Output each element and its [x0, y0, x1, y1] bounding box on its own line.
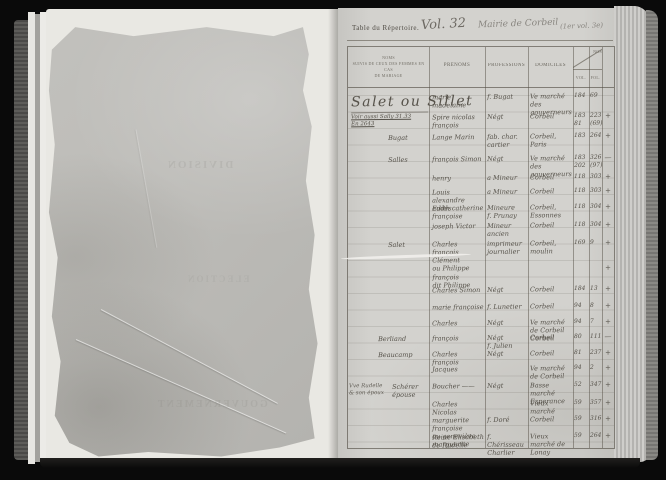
ink-bleedthrough-text: DIVISION — [166, 159, 233, 171]
book-bottom-shadow — [40, 458, 640, 468]
cell-mark: + — [603, 264, 613, 273]
cell-domicile: Ve marché de Corbeil — [530, 364, 572, 381]
cell-profession: fab. char. cartier — [487, 133, 527, 150]
cell-prenoms: Reine Elisabeth de Rudelle — [432, 433, 484, 450]
cell-domicile: Corbeil — [530, 173, 572, 182]
cell-num2: 2 — [590, 364, 601, 372]
cell-mark: + — [603, 187, 613, 196]
cell-mark: + — [603, 132, 613, 141]
printed-page-title: Table du Répertoire. — [352, 24, 419, 32]
page-edge-strip — [28, 12, 35, 464]
table-row: Bugat Lange Marin fab. char. cartier Cor… — [348, 132, 614, 135]
table-row: Salles françois Simon Négt Ve marché des… — [348, 154, 614, 157]
table-row: Beaucamp Charles françois Négt Corbeil 8… — [348, 349, 614, 352]
cell-prenoms: marie madelaine — [432, 93, 484, 110]
cell-num1: 183 202 — [574, 154, 588, 169]
cell-prenoms: françois Simon — [432, 155, 484, 164]
left-page: DIVISION GOUVERNEMENT ELECTION — [46, 9, 338, 461]
table-row: henry a Mineur Corbeil 118 303 + — [348, 173, 614, 176]
table-row: Charles Nicolas Vieux marché 59 357 + — [348, 399, 614, 402]
cell-mark: + — [603, 381, 613, 390]
cell-profession: a Mineur — [487, 174, 527, 183]
cell-profession: f. Lunetier — [487, 303, 527, 312]
cell-prenoms: Boucher —— — [432, 382, 484, 391]
cell-num2: 237 — [590, 349, 601, 357]
cell-num2: 347 — [590, 381, 601, 389]
cell-mark: + — [603, 173, 613, 182]
rule-line — [347, 40, 613, 41]
cell-mark: + — [603, 432, 613, 441]
cell-profession: Négt — [487, 286, 527, 295]
book-spine — [14, 20, 28, 460]
cell-mark: — — [603, 154, 613, 163]
cell-profession: Négt — [487, 382, 527, 391]
handwritten-right-annotation: (1er vol. 3e) — [560, 21, 603, 30]
cell-num2: 264 — [590, 432, 601, 440]
cell-num1: 59 — [574, 399, 588, 407]
cell-domicile: Corbeil — [530, 333, 572, 342]
cell-domicile: Corbeil, Paris — [530, 132, 572, 149]
cell-num2: 223 (69) — [590, 112, 601, 127]
table-row: Salet ou Sillet marie madelaine f. Bugat… — [348, 92, 614, 95]
cell-mark: + — [603, 239, 613, 248]
cell-domicile: Corbeil — [530, 302, 572, 311]
cell-num1: 184 — [574, 285, 588, 293]
cell-domicile: Corbeil — [530, 349, 572, 358]
cell-num1: 118 — [574, 221, 588, 229]
cell-num2: 13 — [590, 285, 601, 293]
handwritten-volume-annotation: Vol. 32 — [421, 16, 467, 33]
cell-num2: 111 — [590, 333, 601, 341]
table-row: joseph Victor Mineur ancien Corbeil 118 … — [348, 221, 614, 224]
cell-nom: Voir aussi Sally 31.33 En 2643 — [351, 114, 428, 129]
header-numeros-subrow: vol. fol. — [573, 69, 602, 88]
cell-num1: 118 — [574, 203, 588, 211]
table-row: Jacques Ve marché de Corbeil 94 2 + — [348, 364, 614, 367]
cell-mark: + — [603, 399, 613, 408]
cell-num2: 8 — [590, 302, 601, 310]
torn-aged-paper — [46, 9, 338, 461]
cell-mark: + — [603, 221, 613, 230]
cell-num1: 183 81 — [574, 112, 588, 127]
archival-book-scan: DIVISION GOUVERNEMENT ELECTION Table du … — [0, 0, 666, 480]
cell-num2: 69 — [590, 92, 601, 100]
cell-profession: a Mineur — [487, 188, 527, 197]
cell-prenoms: Edith catherine françoise — [432, 204, 484, 221]
ink-bleedthrough-text: GOUVERNEMENT — [156, 399, 268, 410]
cell-profession: f. Doré — [487, 416, 527, 425]
cell-prenoms: Charles françois Clément ou Philippe fra… — [432, 240, 485, 289]
cell-profession: f. Chérisseau Charlier — [487, 433, 527, 458]
table-header: NOMS suivis de ceux des femmes en cas de… — [348, 47, 614, 88]
header-noms-sub2: de mariage — [348, 73, 429, 79]
cell-domicile: Corbeil, Essonnes — [530, 203, 572, 220]
cell-profession: Négt — [487, 155, 527, 164]
cell-nom: Salet ou Sillet — [351, 94, 428, 113]
cell-domicile: Corbeil — [530, 187, 572, 196]
header-numeros-fol: fol. — [589, 75, 602, 81]
cell-prenoms: Jacques — [432, 365, 484, 374]
cell-num2: 304 — [590, 221, 601, 229]
table-row: Salet Charles françois Clément ou Philip… — [348, 239, 614, 242]
cell-num2: 7 — [590, 318, 601, 326]
cell-num1: 118 — [574, 173, 588, 181]
table-row: Louis alexandre eudes a Mineur Corbeil 1… — [348, 187, 614, 190]
cell-num1: 81 — [574, 349, 588, 357]
cell-nom: Schérer épouse — [392, 383, 426, 400]
cell-profession: Mineur ancien — [487, 222, 527, 239]
header-noms-sub: suivis de ceux des femmes en cas — [348, 61, 429, 73]
cell-num1: 183 — [574, 132, 588, 140]
cell-num1: 80 — [574, 333, 588, 341]
cell-num1: 94 — [574, 364, 588, 372]
header-professions: Professions — [485, 63, 528, 68]
cell-prenoms: françois — [432, 334, 484, 343]
cell-profession: Négt — [487, 113, 527, 122]
register-table: NOMS suivis de ceux des femmes en cas de… — [347, 46, 615, 449]
cell-num1: 94 — [574, 318, 588, 326]
cell-num2: 357 — [590, 399, 601, 407]
header-domiciles: Domiciles — [528, 63, 573, 68]
cell-mark: + — [603, 285, 613, 294]
cell-mark: + — [603, 302, 613, 311]
cell-nom-margin: Vve Rudelle & son époux — [349, 383, 385, 397]
page-fore-edge — [614, 6, 650, 462]
cell-domicile: Vieux marché de Lonay — [530, 432, 572, 457]
cell-num1: 118 — [574, 187, 588, 195]
table-row: Edith catherine françoise Mineure f. Pru… — [348, 203, 614, 206]
cell-mark: + — [603, 203, 613, 212]
cell-num2: 304 — [590, 203, 601, 211]
cell-domicile: Corbeil — [530, 112, 572, 121]
table-row: Charles Négt Ve marché de Corbeil Corbei… — [348, 318, 614, 321]
cell-mark: + — [603, 364, 613, 373]
cell-profession: f. Bugat — [487, 93, 527, 102]
cell-mark: — — [603, 333, 613, 342]
cell-mark: + — [603, 318, 613, 327]
cell-profession: Négt — [487, 319, 527, 328]
table-row: marguerite françoise ou geneviève margue… — [348, 415, 614, 418]
cell-prenoms: marie françoise — [432, 303, 484, 312]
cell-prenoms: Charles — [432, 319, 484, 328]
cell-profession: imprimeur journalier — [487, 240, 527, 257]
cell-num1: 52 — [574, 381, 588, 389]
header-numeros-vol: vol. — [573, 75, 589, 81]
cell-mark: + — [603, 415, 613, 424]
header-noms: NOMS suivis de ceux des femmes en cas de… — [348, 55, 429, 79]
cell-num2: 303 — [590, 187, 601, 195]
cell-mark: + — [603, 112, 613, 121]
cell-profession: Négt — [487, 350, 527, 359]
table-row: Berliand françois Négt f. Julien Corbeil… — [348, 333, 614, 336]
cell-prenoms: joseph Victor — [432, 222, 484, 231]
cell-num2: 9 — [590, 239, 601, 247]
ink-bleedthrough-text: ELECTION — [186, 274, 250, 284]
cell-num2: 264 — [590, 132, 601, 140]
book-cover-edge — [646, 10, 658, 460]
cell-domicile: Corbeil — [530, 221, 572, 230]
table-row: Vve Rudelle & son époux Schérer épouse B… — [348, 381, 614, 384]
cell-num1: 59 — [574, 432, 588, 440]
cell-domicile: Corbeil, moulin — [530, 239, 572, 256]
cell-num2: 326 (97) — [590, 154, 601, 169]
cell-prenoms: Charles Simon — [432, 286, 484, 295]
table-row: Reine Elisabeth de Rudelle f. Chérisseau… — [348, 432, 614, 435]
cell-num1: 59 — [574, 415, 588, 423]
header-diagonal — [573, 47, 602, 69]
cell-domicile: Corbeil — [530, 285, 572, 294]
cell-num1: 184 — [574, 92, 588, 100]
cell-profession: Négt f. Julien — [487, 334, 527, 351]
cell-prenoms: Spire nicolas françois — [432, 113, 484, 130]
table-body: Salet ou Sillet marie madelaine f. Bugat… — [348, 87, 614, 448]
cell-prenoms: Lange Marin — [432, 133, 484, 142]
cell-domicile: Corbeil — [530, 415, 572, 424]
cell-mark: + — [603, 349, 613, 358]
table-row: marie françoise f. Lunetier Corbeil 94 8… — [348, 302, 614, 305]
cell-domicile: Vieux marché — [530, 399, 572, 416]
cell-num2: 303 — [590, 173, 601, 181]
cell-prenoms: Charles Nicolas — [432, 400, 484, 417]
table-row: Charles Simon Négt Corbeil 184 13 + — [348, 285, 614, 288]
cell-prenoms: henry — [432, 174, 484, 183]
cell-num2: 316 — [590, 415, 601, 423]
cell-num1: 94 — [574, 302, 588, 310]
cell-profession: Mineure f. Prunay — [487, 204, 527, 221]
header-prenoms: Prénoms — [429, 63, 485, 68]
cell-num1: 169 — [574, 239, 588, 247]
